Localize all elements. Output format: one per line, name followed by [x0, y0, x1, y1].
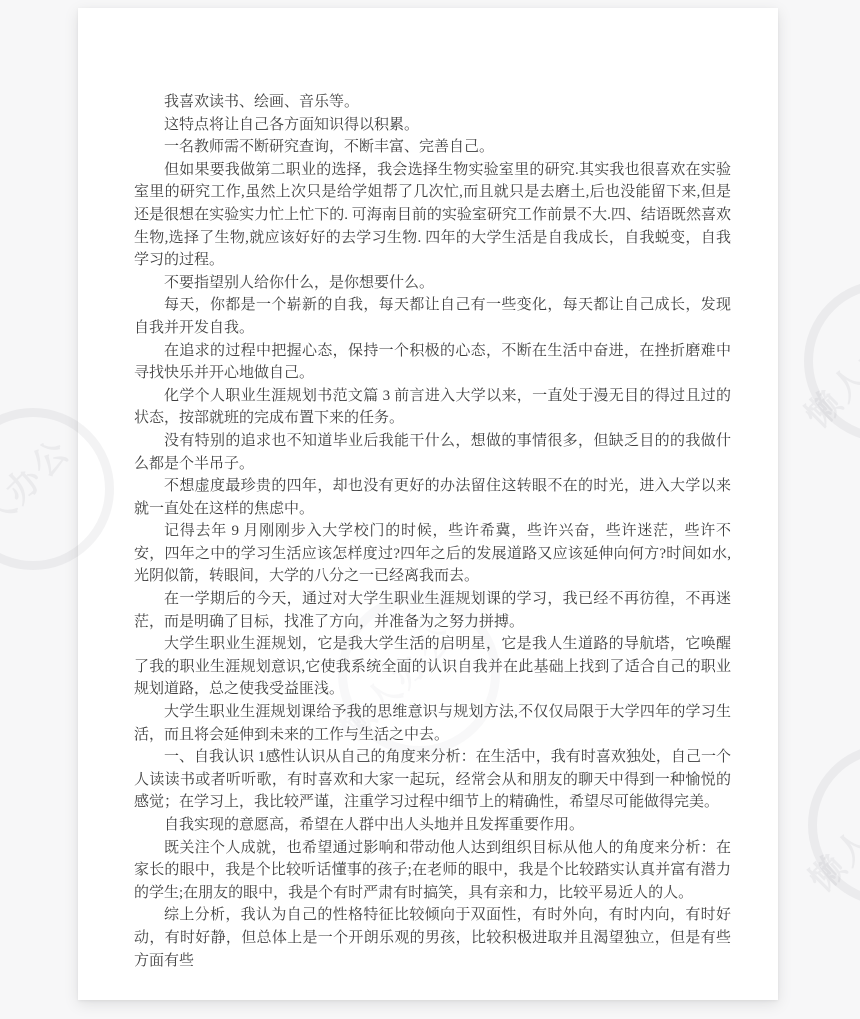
watermark-ring-icon	[808, 744, 860, 906]
document-page: 我喜欢读书、绘画、音乐等。这特点将让自己各方面知识得以积累。一名教师需不断研究查…	[78, 8, 778, 1000]
watermark-text: 懒人办公	[792, 297, 860, 436]
paragraph: 一、自我认识 1感性认识从自己的角度来分析：在生活中，我有时喜欢独处，自己一个人…	[134, 746, 731, 814]
paragraph: 但如果要我做第二职业的选择，我会选择生物实验室里的研究.其实我也很喜欢在实验室里…	[134, 159, 731, 272]
paragraph: 没有特别的追求也不知道毕业后我能干什么，想做的事情很多，但缺乏目的的我做什么都是…	[134, 430, 731, 475]
watermark-ring-icon	[804, 280, 860, 442]
document-body: 我喜欢读书、绘画、音乐等。这特点将让自己各方面知识得以积累。一名教师需不断研究查…	[134, 91, 731, 972]
paragraph: 不要指望别人给你什么，是你想要什么。	[134, 272, 731, 295]
paragraph: 这特点将让自己各方面知识得以积累。	[134, 114, 731, 137]
paragraph: 化学个人职业生涯规划书范文篇 3 前言进入大学以来，一直处于漫无目的得过且过的状…	[134, 385, 731, 430]
paragraph: 不想虚度最珍贵的四年，却也没有更好的办法留住这转眼不在的时光，进入大学以来就一直…	[134, 475, 731, 520]
paragraph: 在追求的过程中把握心态，保持一个积极的心态，不断在生活中奋进，在挫折磨难中寻找快…	[134, 340, 731, 385]
paragraph: 每天，你都是一个崭新的自我，每天都让自己有一些变化，每天都让自己成长，发现自我并…	[134, 294, 731, 339]
paragraph: 大学生职业生涯规划课给予我的思维意识与规划方法,不仅仅局限于大学四年的学习生活，…	[134, 701, 731, 746]
paragraph: 记得去年 9 月刚刚步入大学校门的时候，些许希冀，些许兴奋，些许迷茫，些许不安，…	[134, 520, 731, 588]
paragraph: 既关注个人成就，也希望通过影响和带动他人达到组织目标从他人的角度来分析：在家长的…	[134, 837, 731, 905]
watermark-text: 懒人办公	[0, 425, 79, 564]
watermark-text: 懒人办公	[796, 761, 860, 900]
paragraph: 我喜欢读书、绘画、音乐等。	[134, 91, 731, 114]
paragraph: 在一学期后的今天，通过对大学生职业生涯规划课的学习，我已经不再彷徨，不再迷茫，而…	[134, 588, 731, 633]
paragraph: 大学生职业生涯规划，它是我大学生活的启明星，它是我人生道路的导航塔，它唤醒了我的…	[134, 633, 731, 701]
paragraph: 一名教师需不断研究查询，不断丰富、完善自己。	[134, 136, 731, 159]
paragraph: 综上分析，我认为自己的性格特征比较倾向于双面性，有时外向，有时内向，有时好动，有…	[134, 904, 731, 972]
paragraph: 自我实现的意愿高，希望在人群中出人头地并且发挥重要作用。	[134, 814, 731, 837]
